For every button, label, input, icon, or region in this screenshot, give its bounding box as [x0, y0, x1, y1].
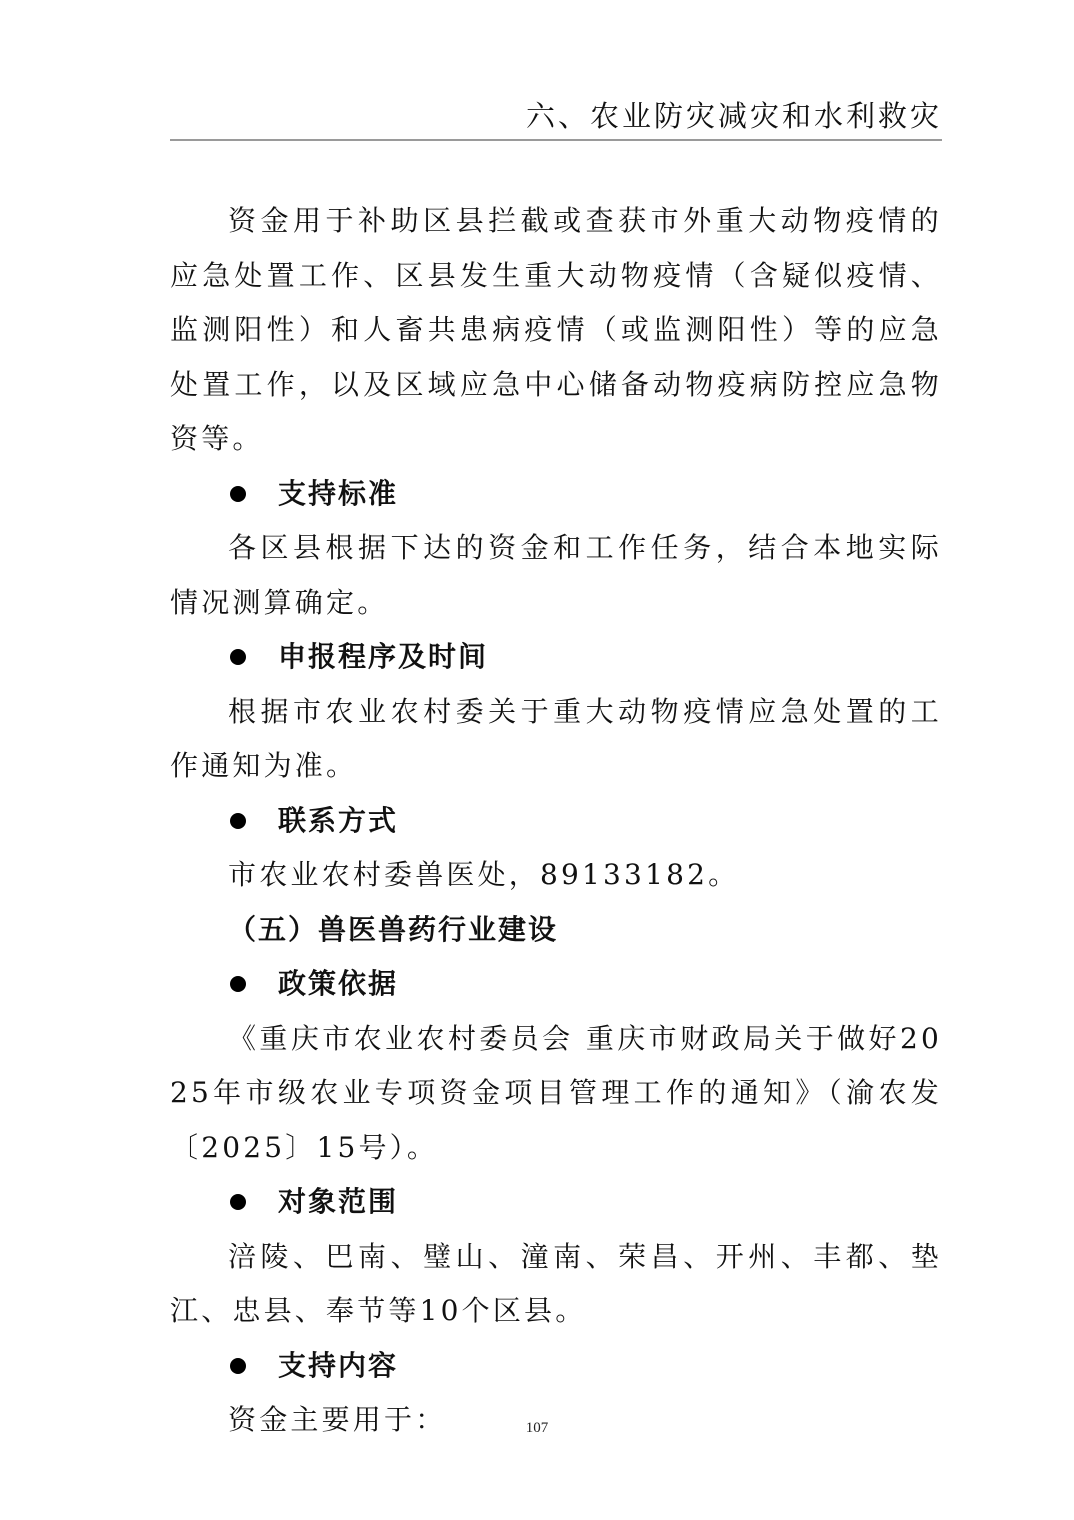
heading-text: 对象范围	[278, 1185, 398, 1218]
bullet-icon	[230, 976, 246, 992]
paragraph-fund-usage: 资金用于补助区县拦截或查获市外重大动物疫情的应急处置工作、区县发生重大动物疫情（…	[170, 194, 942, 467]
heading-text: 政策依据	[278, 967, 398, 1000]
heading-support-content: 支持内容	[170, 1339, 942, 1394]
heading-text: 支持标准	[278, 477, 398, 510]
bullet-icon	[230, 813, 246, 829]
header-divider	[170, 139, 942, 141]
paragraph-target-scope: 涪陵、巴南、璧山、潼南、荣昌、开州、丰都、垫江、忠县、奉节等10个区县。	[170, 1230, 942, 1339]
heading-policy-basis: 政策依据	[170, 957, 942, 1012]
page-content: 资金用于补助区县拦截或查获市外重大动物疫情的应急处置工作、区县发生重大动物疫情（…	[170, 194, 942, 1448]
chapter-title: 六、农业防灾减灾和水利救灾	[526, 96, 942, 136]
heading-target-scope: 对象范围	[170, 1175, 942, 1230]
paragraph-support-standard: 各区县根据下达的资金和工作任务，结合本地实际情况测算确定。	[170, 521, 942, 630]
bullet-icon	[230, 486, 246, 502]
paragraph-application-procedure: 根据市农业农村委关于重大动物疫情应急处置的工作通知为准。	[170, 685, 942, 794]
heading-text: 支持内容	[278, 1349, 398, 1382]
bullet-icon	[230, 1358, 246, 1374]
heading-text: 联系方式	[278, 804, 398, 837]
heading-contact: 联系方式	[170, 794, 942, 849]
heading-application-procedure: 申报程序及时间	[170, 630, 942, 685]
paragraph-policy-basis: 《重庆市农业农村委员会 重庆市财政局关于做好2025年市级农业专项资金项目管理工…	[170, 1012, 942, 1176]
bullet-icon	[230, 1194, 246, 1210]
heading-support-standard: 支持标准	[170, 467, 942, 522]
paragraph-contact: 市农业农村委兽医处，89133182。	[170, 848, 942, 903]
section-heading-veterinary: （五）兽医兽药行业建设	[170, 903, 942, 958]
page-number: 107	[0, 1420, 1074, 1437]
page-header: 六、农业防灾减灾和水利救灾	[170, 96, 942, 140]
heading-text: 申报程序及时间	[278, 640, 488, 673]
bullet-icon	[230, 649, 246, 665]
